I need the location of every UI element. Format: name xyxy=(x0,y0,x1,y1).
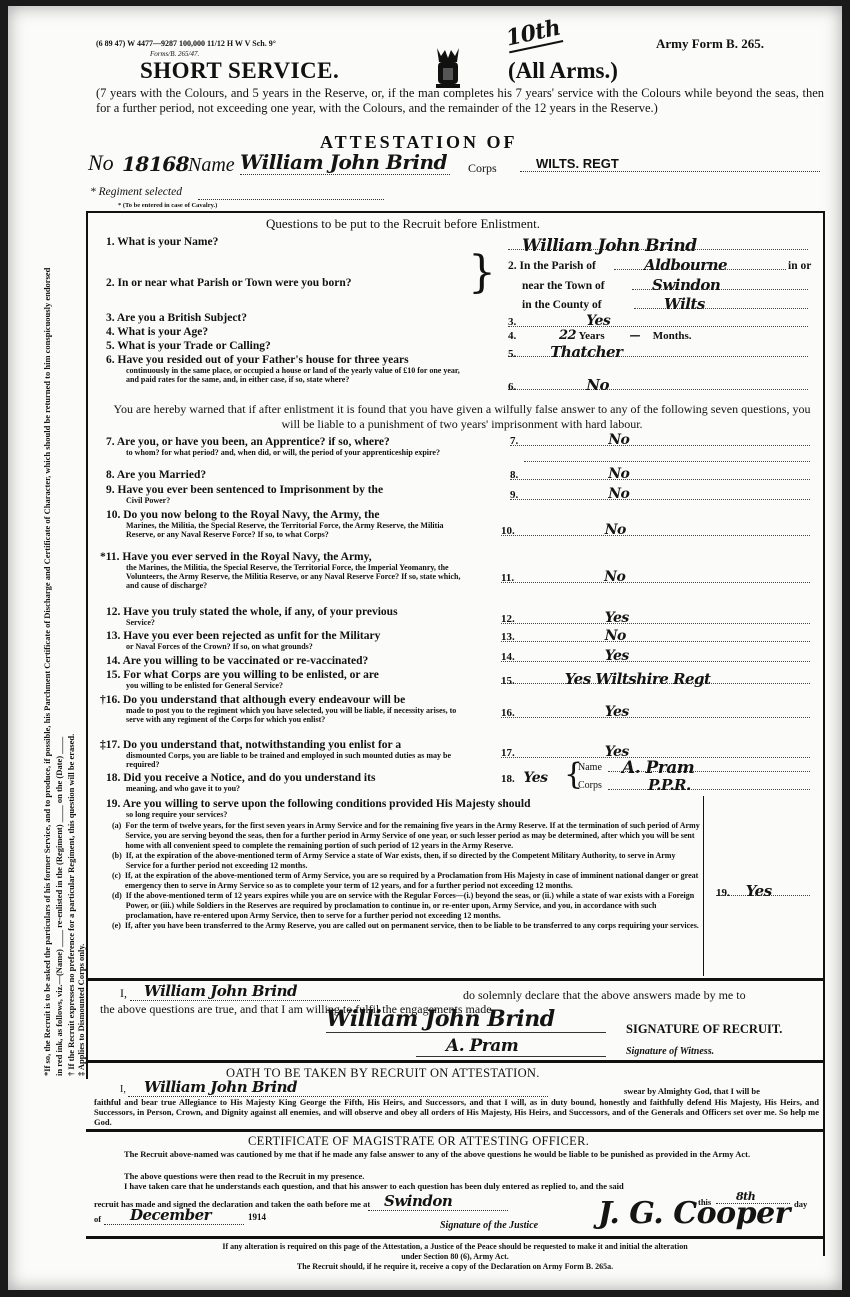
oath-i: I, xyxy=(120,1084,126,1095)
of-label: of xyxy=(94,1214,101,1224)
notice-name: A. Pram xyxy=(608,758,810,772)
attestation-place[interactable]: Swindon xyxy=(368,1192,508,1211)
top-rule xyxy=(86,211,824,213)
q19-divider xyxy=(703,796,704,976)
footer-notes: If any alteration is required on this pa… xyxy=(92,1242,818,1272)
birth-parish-label: 2. In the Parish of xyxy=(508,260,596,272)
attestation-form: (6 89 47) W 4477—9287 100,000 11/12 H W … xyxy=(8,6,842,1290)
answer-1: William John Brind xyxy=(508,236,808,250)
question-7: 7. Are you, or have you been, an Apprent… xyxy=(106,436,466,457)
question-3: 3. Are you a British Subject? xyxy=(106,312,247,324)
question-9: 9. Have you ever been sentenced to Impri… xyxy=(106,484,466,505)
answer-11: 11.No xyxy=(501,569,810,583)
justice-signature-label: Signature of the Justice xyxy=(440,1220,538,1231)
answer-18: 18. Yes xyxy=(501,770,548,786)
question-11: *11. Have you ever served in the Royal N… xyxy=(100,551,466,590)
birth-parish: Aldbourne xyxy=(614,256,786,270)
county-label: in the County of xyxy=(522,299,602,311)
corps-value[interactable]: WILTS. REGT xyxy=(520,156,820,172)
regiment-selected-field[interactable] xyxy=(198,186,384,200)
answer-9: 9.No xyxy=(510,486,810,500)
margin-note-4: ‡ Applies to Dismounted Corps only. xyxy=(76,776,86,1076)
question-13: 13. Have you ever been rejected as unfit… xyxy=(106,630,466,651)
certificate-p3: I have taken care that he understands ea… xyxy=(124,1181,819,1191)
certificate-rule xyxy=(86,1129,824,1132)
forms-reference: Forms/B. 265/47. xyxy=(150,50,199,58)
question-19: 19. Are you willing to serve upon the fo… xyxy=(106,798,702,819)
form-number: Army Form B. 265. xyxy=(656,36,764,52)
day-label: day xyxy=(794,1199,807,1209)
question-12: 12. Have you truly stated the whole, if … xyxy=(106,606,466,627)
margin-note-3: † If the Recruit expresses no preference… xyxy=(66,576,76,1076)
notice-name-label: Name xyxy=(578,762,602,773)
near-town: Swindon xyxy=(632,276,808,290)
witness-signature-label: Signature of Witness. xyxy=(626,1046,714,1057)
answer-4: 4. 22 Years — Months. xyxy=(508,328,808,343)
condition-c: (c)If, at the expiration of the above-me… xyxy=(112,871,702,891)
service-number: 18168 xyxy=(122,152,189,176)
margin-note-1: *If so, the Recruit is to be asked the p… xyxy=(42,196,52,1076)
answer-17: 17.Yes xyxy=(501,744,810,758)
footer-rule xyxy=(86,1236,824,1239)
question-6: 6. Have you resided out of your Father's… xyxy=(106,354,466,384)
recruit-signature-label: SIGNATURE OF RECRUIT. xyxy=(626,1022,782,1037)
corps-label: Corps xyxy=(468,161,497,176)
declaration-rule xyxy=(86,978,824,981)
notice-corps: P.P.R. xyxy=(608,776,810,790)
condition-d: (d)If the above-mentioned term of 12 yea… xyxy=(112,891,702,921)
recruit-name-header[interactable]: William John Brind xyxy=(240,150,450,175)
answer-8: 8.No xyxy=(510,466,810,480)
certificate-p1: The Recruit above-named was cautioned by… xyxy=(94,1149,819,1159)
regiment-selected-label: * Regiment selected xyxy=(90,186,182,198)
declaration-i: I, xyxy=(120,986,127,1001)
declaration-name[interactable]: William John Brind xyxy=(130,982,360,1001)
oath-name[interactable]: William John Brind xyxy=(128,1078,548,1097)
answer-3: 3.Yes xyxy=(508,313,808,327)
question-10: 10. Do you now belong to the Royal Navy,… xyxy=(106,509,466,539)
question-5: 5. What is your Trade or Calling? xyxy=(106,340,271,352)
title-all-arms: (All Arms.) xyxy=(508,58,618,84)
answer-6: 6.No xyxy=(508,376,808,390)
question-18: 18. Did you receive a Notice, and do you… xyxy=(106,772,466,793)
title-short-service: SHORT SERVICE. xyxy=(140,58,339,84)
attestation-year[interactable]: 1914 xyxy=(248,1212,266,1222)
question-15: 15. For what Corps are you willing to be… xyxy=(106,669,466,690)
warning-text: You are hereby warned that if after enli… xyxy=(112,402,812,432)
royal-crest-icon xyxy=(431,46,465,90)
witness-signature[interactable]: A. Pram xyxy=(416,1036,606,1057)
question-1: 1. What is your Name? xyxy=(106,236,218,248)
condition-a: (a)For the term of twelve years, for the… xyxy=(112,821,702,851)
recruit-signature[interactable]: William John Brind xyxy=(326,1006,606,1033)
certificate-p2: The above questions were then read to th… xyxy=(124,1171,364,1181)
certificate-heading: CERTIFICATE OF MAGISTRATE OR ATTESTING O… xyxy=(248,1134,589,1149)
declaration-text-1: do solemnly declare that the above answe… xyxy=(463,988,746,1003)
number-label: No xyxy=(88,150,114,176)
margin-note-2: in red ink, as follows, viz.—(Name) ____… xyxy=(54,196,64,1076)
near-town-label: near the Town of xyxy=(522,280,605,292)
left-border xyxy=(86,211,88,1079)
answer-14: 14.Yes xyxy=(501,648,810,662)
name-label: Name xyxy=(188,154,235,177)
answer-19: 19.Yes xyxy=(716,882,810,896)
answer-13: 13.No xyxy=(501,628,810,642)
condition-e: (e)If, after you have been transferred t… xyxy=(112,921,702,931)
answer-12: 12.Yes xyxy=(501,610,810,624)
question-14: 14. Are you willing to be vaccinated or … xyxy=(106,655,368,667)
conditions-list: (a)For the term of twelve years, for the… xyxy=(112,821,702,931)
question-16: †16. Do you understand that although eve… xyxy=(100,694,466,724)
question-4: 4. What is your Age? xyxy=(106,326,208,338)
questions-heading: Questions to be put to the Recruit befor… xyxy=(266,216,540,232)
notice-corps-label: Corps xyxy=(578,780,602,791)
handwritten-mark: 10th xyxy=(504,15,563,54)
oath-swear: swear by Almighty God, that I will be xyxy=(624,1086,760,1096)
county: Wilts xyxy=(634,295,808,309)
attestation-month[interactable]: December xyxy=(104,1206,244,1225)
print-reference: (6 89 47) W 4477—9287 100,000 11/12 H W … xyxy=(96,39,276,48)
in-or-label: in or xyxy=(788,260,811,272)
answer-16: 16.Yes xyxy=(501,704,810,718)
answer-7: 7.No xyxy=(510,432,810,446)
answer-10: 10.No xyxy=(501,522,810,536)
question-2: 2. In or near what Parish or Town were y… xyxy=(106,277,351,289)
answer-7-cont[interactable] xyxy=(524,448,810,462)
service-terms: (7 years with the Colours, and 5 years i… xyxy=(96,86,824,116)
brace: } xyxy=(468,251,496,295)
answer-15: 15.Yes Wiltshire Regt xyxy=(501,670,810,684)
answer-5: 5.Thatcher xyxy=(508,343,808,357)
condition-b: (b)If, at the expiration of the above-me… xyxy=(112,851,702,871)
right-border xyxy=(823,211,825,1256)
justice-signature[interactable]: J. G. Cooper xyxy=(598,1196,790,1231)
oath-text: faithful and bear true Allegiance to His… xyxy=(94,1097,819,1127)
question-17: ‡17. Do you understand that, notwithstan… xyxy=(100,739,466,769)
question-8: 8. Are you Married? xyxy=(106,469,206,481)
oath-rule xyxy=(86,1060,824,1063)
regiment-note: * (To be entered in case of Cavalry.) xyxy=(118,202,217,209)
